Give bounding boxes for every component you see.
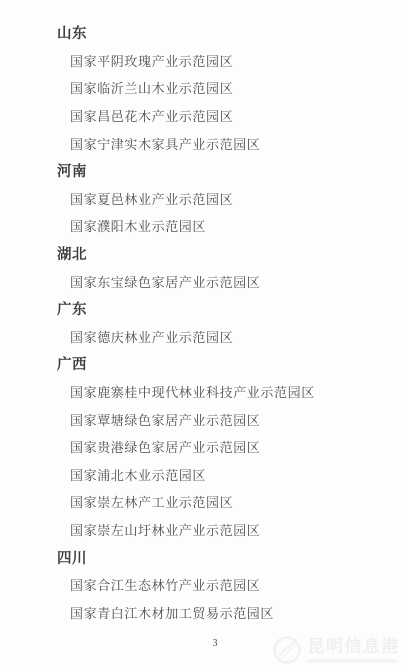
park-list-item: 国家德庆林业产业示范园区 xyxy=(0,323,402,351)
park-list-item: 国家夏邑林业产业示范园区 xyxy=(0,185,402,213)
park-list-item: 国家覃塘绿色家居产业示范园区 xyxy=(0,405,402,433)
park-list-item: 国家临沂兰山木业示范园区 xyxy=(0,74,402,102)
park-list-item: 国家崇左山圩林业产业示范园区 xyxy=(0,516,402,544)
park-list-item: 国家合江生态林竹产业示范园区 xyxy=(0,571,402,599)
province-heading: 广东 xyxy=(0,295,402,323)
park-list-item: 国家平阴玫瑰产业示范园区 xyxy=(0,47,402,75)
park-list-item: 国家濮阳木业示范园区 xyxy=(0,212,402,240)
park-list-item: 国家贵港绿色家居产业示范园区 xyxy=(0,433,402,461)
watermark-subline xyxy=(308,659,396,663)
province-heading: 广西 xyxy=(0,350,402,378)
document-page: 山东 国家平阴玫瑰产业示范园区 国家临沂兰山木业示范园区 国家昌邑花木产业示范园… xyxy=(0,0,402,670)
park-list-item: 国家鹿寨桂中现代林业科技产业示范园区 xyxy=(0,378,402,406)
province-heading: 山东 xyxy=(0,19,402,47)
park-list-item: 国家昌邑花木产业示范园区 xyxy=(0,102,402,130)
park-list-item: 国家浦北木业示范园区 xyxy=(0,461,402,489)
park-list-item: 国家青白江木材加工贸易示范园区 xyxy=(0,598,402,626)
park-list-item: 国家东宝绿色家居产业示范园区 xyxy=(0,267,402,295)
province-heading: 四川 xyxy=(0,543,402,571)
park-list-item: 国家崇左林产工业示范园区 xyxy=(0,488,402,516)
watermark-swirl-icon xyxy=(271,634,303,666)
page-number: 3 xyxy=(203,638,227,649)
park-list-item: 国家宁津实木家具产业示范园区 xyxy=(0,129,402,157)
watermark: 昆明信息港 xyxy=(271,634,401,666)
park-list: 山东 国家平阴玫瑰产业示范园区 国家临沂兰山木业示范园区 国家昌邑花木产业示范园… xyxy=(0,0,402,626)
province-heading: 河南 xyxy=(0,157,402,185)
province-heading: 湖北 xyxy=(0,240,402,268)
watermark-text: 昆明信息港 xyxy=(308,638,401,656)
